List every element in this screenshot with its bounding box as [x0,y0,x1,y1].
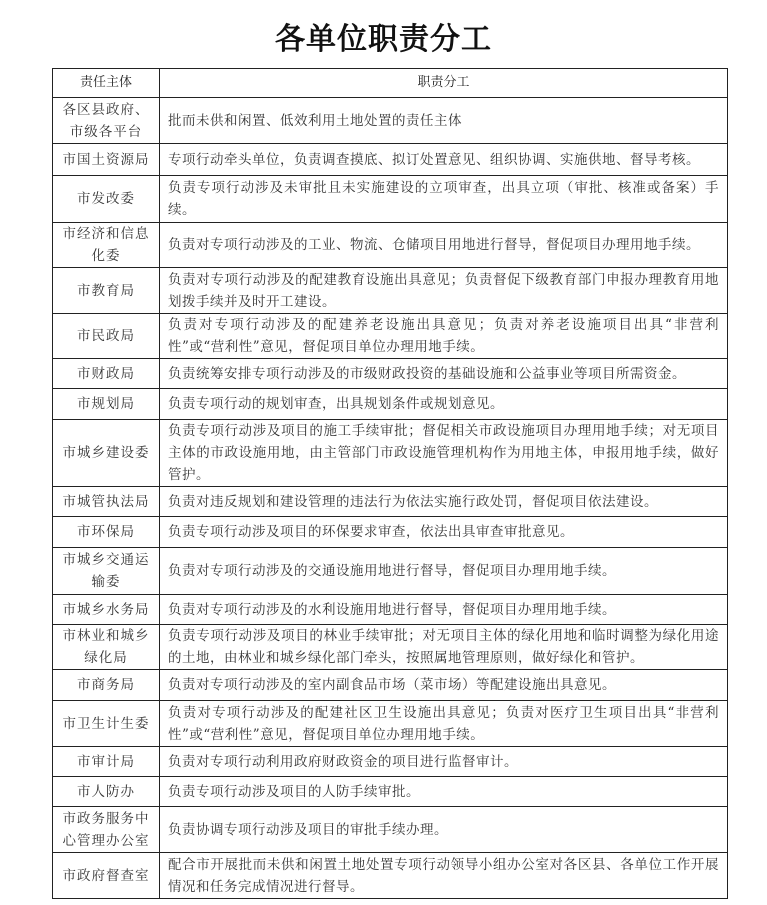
responsible-unit: 市环保局 [53,517,160,548]
duty-description: 负责对专项行动涉及的配建养老设施出具意见；负责对养老设施项目出具“非营利性”或“… [160,314,728,359]
table-row: 市国土资源局专项行动牵头单位，负责调查摸底、拟订处置意见、组织协调、实施供地、督… [53,144,728,176]
responsible-unit: 市政府督查室 [53,853,160,899]
table-row: 市环保局负责专项行动涉及项目的环保要求审查，依法出具审查审批意见。 [53,517,728,548]
table-row: 市政务服务中心管理办公室负责协调专项行动涉及项目的审批手续办理。 [53,807,728,853]
responsible-unit: 市城管执法局 [53,487,160,517]
duty-description: 负责对专项行动涉及的水利设施用地进行督导，督促项目办理用地手续。 [160,595,728,625]
header-unit: 责任主体 [53,69,160,98]
table-row: 市经济和信息化委负责对专项行动涉及的工业、物流、仓储项目用地进行督导，督促项目办… [53,223,728,268]
responsibility-table: 责任主体 职责分工 各区县政府、市级各平台批而未供和闲置、低效利用土地处置的责任… [52,68,728,899]
duty-description: 负责专项行动涉及项目的林业手续审批；对无项目主体的绿化用地和临时调整为绿化用途的… [160,625,728,670]
responsible-unit: 市财政局 [53,359,160,389]
duty-description: 负责对专项行动涉及的配建社区卫生设施出具意见；负责对医疗卫生项目出具“非营利性”… [160,701,728,747]
duty-description: 负责统筹安排专项行动涉及的市级财政投资的基础设施和公益事业等项目所需资金。 [160,359,728,389]
duty-description: 配合市开展批而未供和闲置土地处置专项行动领导小组办公室对各区县、各单位工作开展情… [160,853,728,899]
responsible-unit: 市人防办 [53,777,160,807]
responsible-unit: 市林业和城乡绿化局 [53,625,160,670]
duty-description: 负责对违反规划和建设管理的违法行为依法实施行政处罚，督促项目依法建设。 [160,487,728,517]
table-row: 市卫生计生委负责对专项行动涉及的配建社区卫生设施出具意见；负责对医疗卫生项目出具… [53,701,728,747]
duty-description: 负责专项行动涉及项目的环保要求审查，依法出具审查审批意见。 [160,517,728,548]
table-row: 市教育局负责对专项行动涉及的配建教育设施出具意见；负责督促下级教育部门申报办理教… [53,268,728,314]
table-row: 各区县政府、市级各平台批而未供和闲置、低效利用土地处置的责任主体 [53,98,728,144]
table-row: 市商务局负责对专项行动涉及的室内副食品市场（菜市场）等配建设施出具意见。 [53,670,728,701]
duty-description: 负责专项行动涉及项目的施工手续审批；督促相关市政设施项目办理用地手续；对无项目主… [160,420,728,487]
duty-description: 负责对专项行动涉及的工业、物流、仓储项目用地进行督导，督促项目办理用地手续。 [160,223,728,268]
table-row: 市城乡水务局负责对专项行动涉及的水利设施用地进行督导，督促项目办理用地手续。 [53,595,728,625]
duty-description: 负责对专项行动涉及的配建教育设施出具意见；负责督促下级教育部门申报办理教育用地划… [160,268,728,314]
header-duty: 职责分工 [160,69,728,98]
responsible-unit: 市城乡交通运输委 [53,548,160,595]
duty-description: 负责专项行动涉及未审批且未实施建设的立项审查，出具立项（审批、核准或备案）手续。 [160,176,728,223]
table-row: 市城乡交通运输委负责对专项行动涉及的交通设施用地进行督导，督促项目办理用地手续。 [53,548,728,595]
responsible-unit: 各区县政府、市级各平台 [53,98,160,144]
duty-description: 负责专项行动的规划审查，出具规划条件或规划意见。 [160,389,728,420]
duty-description: 负责对专项行动涉及的室内副食品市场（菜市场）等配建设施出具意见。 [160,670,728,701]
table-body: 各区县政府、市级各平台批而未供和闲置、低效利用土地处置的责任主体市国土资源局专项… [53,98,728,899]
responsible-unit: 市规划局 [53,389,160,420]
duty-description: 负责对专项行动利用政府财政资金的项目进行监督审计。 [160,747,728,777]
table-row: 市城乡建设委负责专项行动涉及项目的施工手续审批；督促相关市政设施项目办理用地手续… [53,420,728,487]
responsible-unit: 市经济和信息化委 [53,223,160,268]
responsible-unit: 市城乡水务局 [53,595,160,625]
responsible-unit: 市政务服务中心管理办公室 [53,807,160,853]
responsible-unit: 市国土资源局 [53,144,160,176]
responsible-unit: 市商务局 [53,670,160,701]
duty-description: 负责对专项行动涉及的交通设施用地进行督导，督促项目办理用地手续。 [160,548,728,595]
responsible-unit: 市城乡建设委 [53,420,160,487]
table-row: 市政府督查室配合市开展批而未供和闲置土地处置专项行动领导小组办公室对各区县、各单… [53,853,728,899]
duty-description: 专项行动牵头单位，负责调查摸底、拟订处置意见、组织协调、实施供地、督导考核。 [160,144,728,176]
responsible-unit: 市卫生计生委 [53,701,160,747]
duty-description: 负责专项行动涉及项目的人防手续审批。 [160,777,728,807]
table-row: 市人防办负责专项行动涉及项目的人防手续审批。 [53,777,728,807]
responsible-unit: 市教育局 [53,268,160,314]
table-row: 市林业和城乡绿化局负责专项行动涉及项目的林业手续审批；对无项目主体的绿化用地和临… [53,625,728,670]
table-row: 市城管执法局负责对违反规划和建设管理的违法行为依法实施行政处罚，督促项目依法建设… [53,487,728,517]
responsible-unit: 市发改委 [53,176,160,223]
table-row: 市发改委负责专项行动涉及未审批且未实施建设的立项审查，出具立项（审批、核准或备案… [53,176,728,223]
table-header-row: 责任主体 职责分工 [53,69,728,98]
document-title: 各单位职责分工 [0,14,767,58]
duty-description: 批而未供和闲置、低效利用土地处置的责任主体 [160,98,728,144]
table-row: 市规划局负责专项行动的规划审查，出具规划条件或规划意见。 [53,389,728,420]
table-row: 市财政局负责统筹安排专项行动涉及的市级财政投资的基础设施和公益事业等项目所需资金… [53,359,728,389]
duty-description: 负责协调专项行动涉及项目的审批手续办理。 [160,807,728,853]
responsible-unit: 市审计局 [53,747,160,777]
table-row: 市民政局负责对专项行动涉及的配建养老设施出具意见；负责对养老设施项目出具“非营利… [53,314,728,359]
table-row: 市审计局负责对专项行动利用政府财政资金的项目进行监督审计。 [53,747,728,777]
responsible-unit: 市民政局 [53,314,160,359]
